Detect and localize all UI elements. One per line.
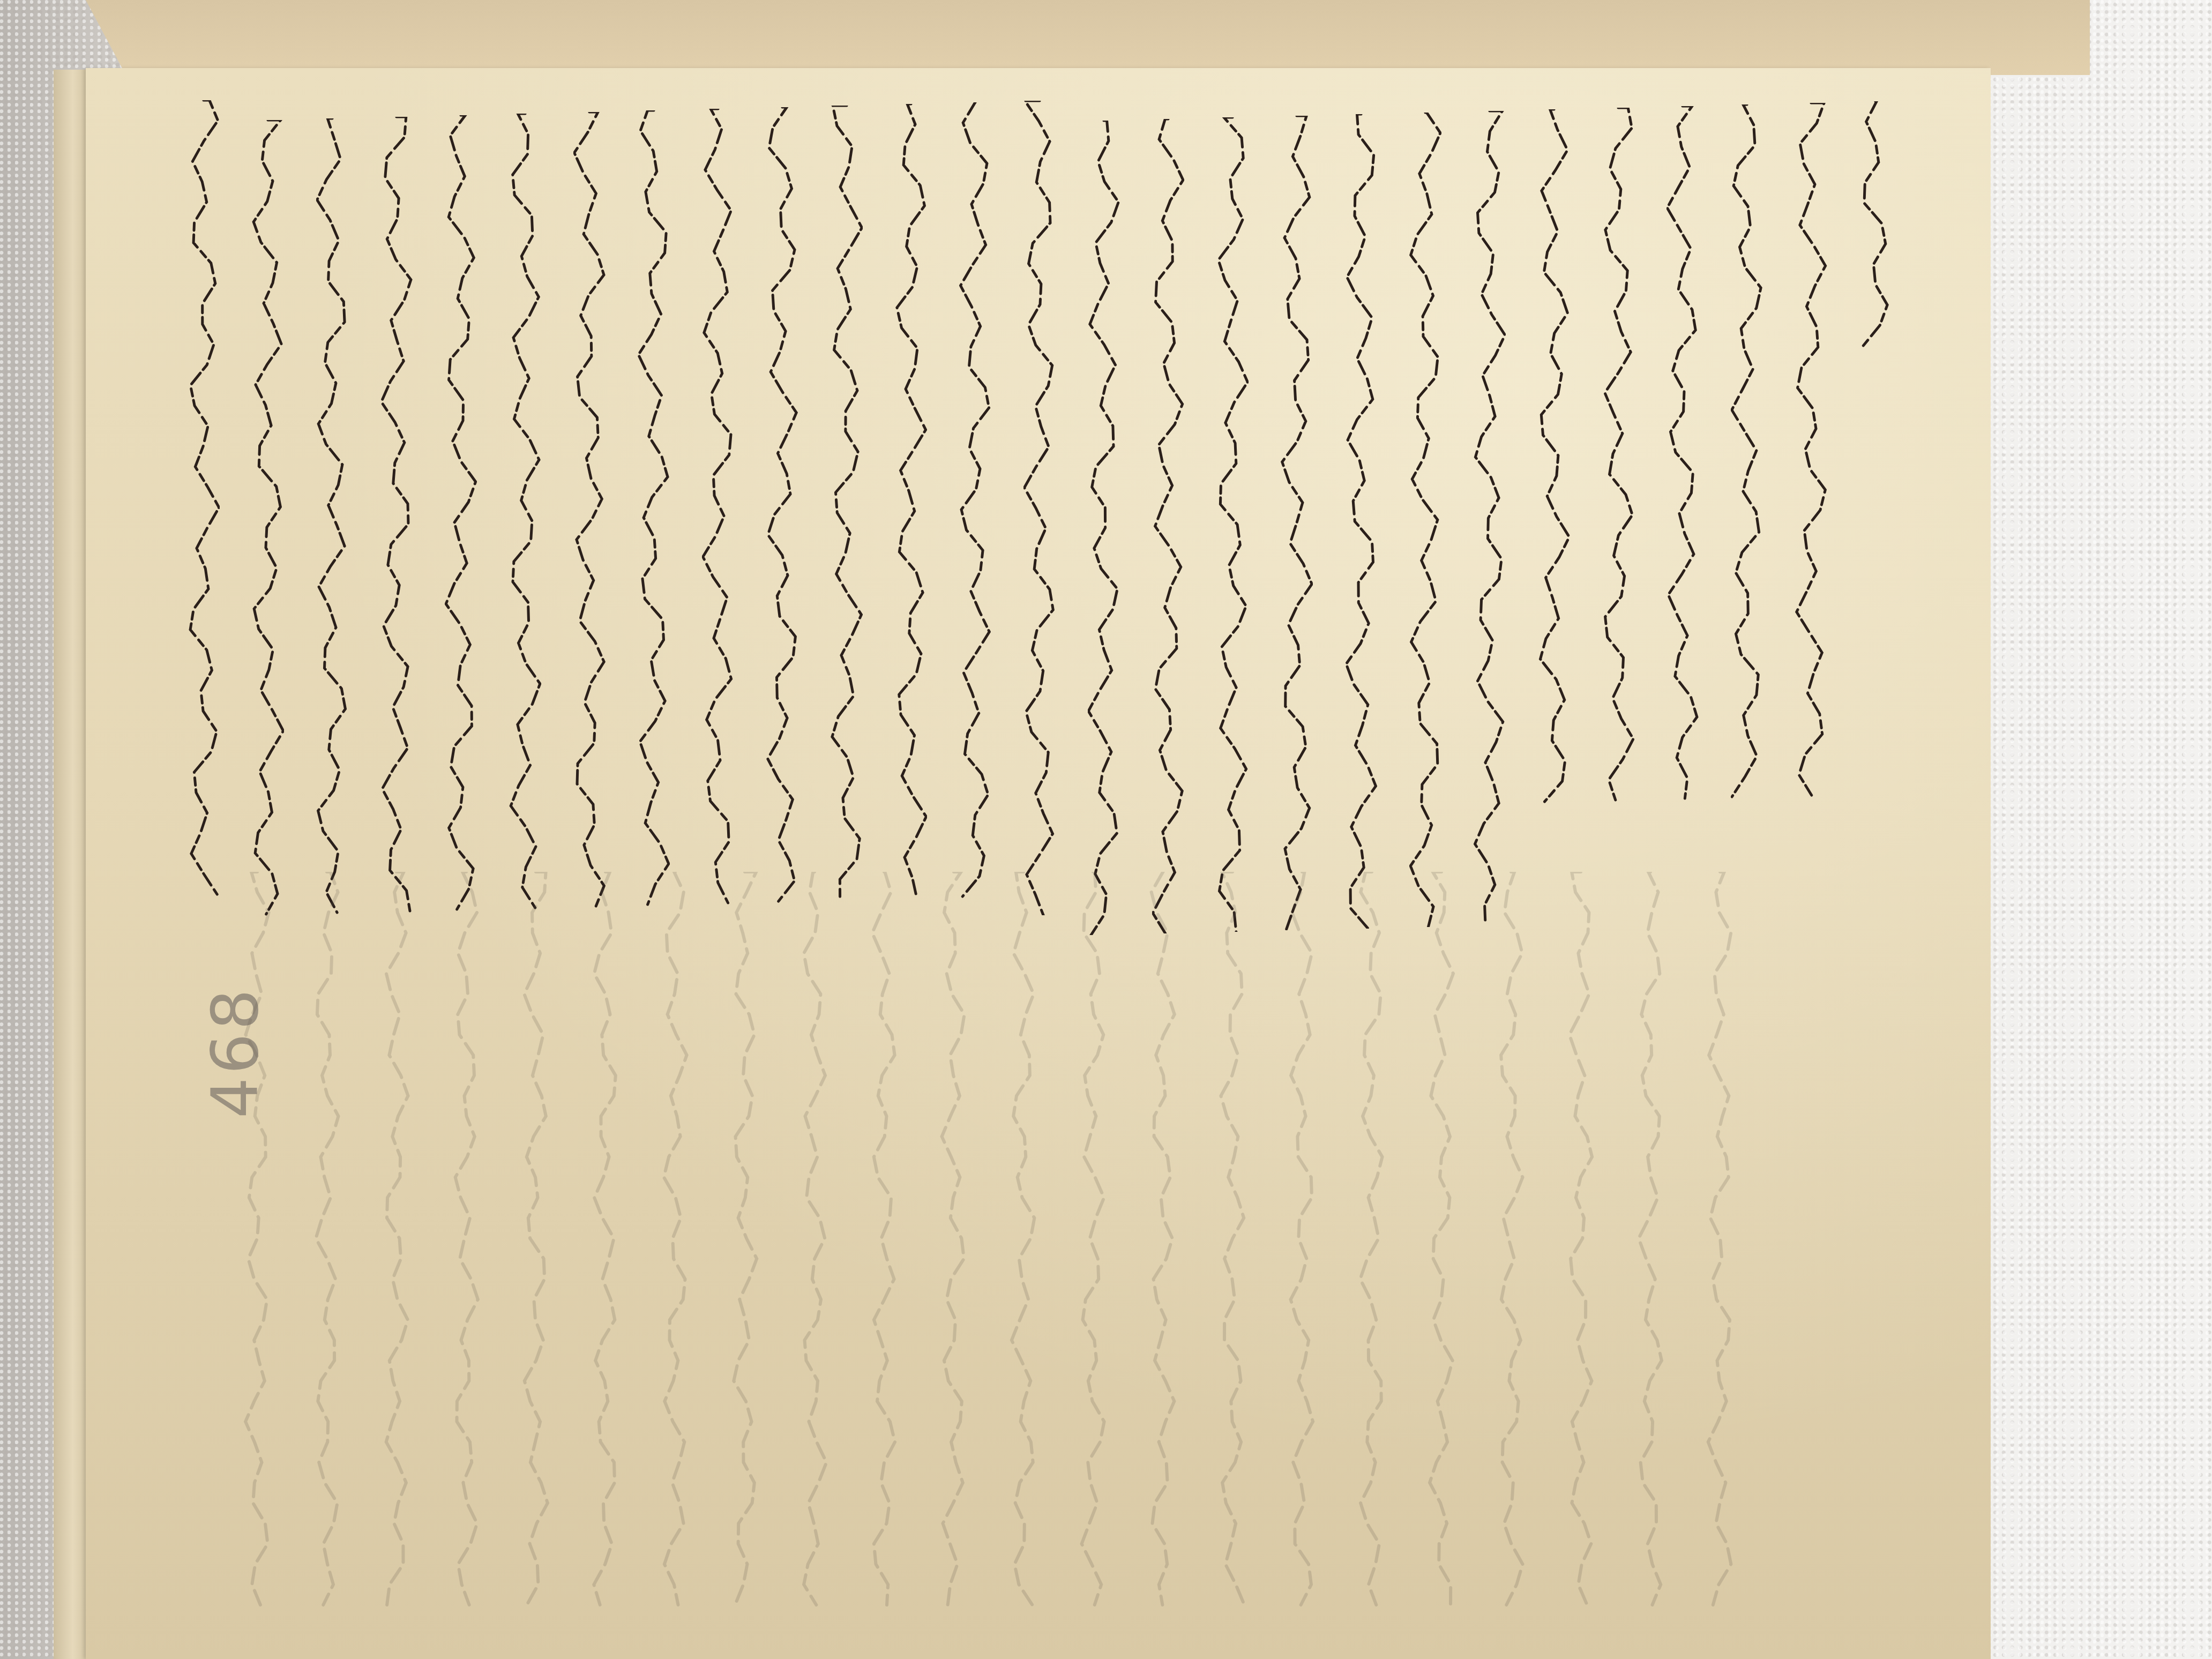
handwritten-line <box>1216 117 1249 932</box>
show-through-line <box>1704 872 1736 1622</box>
show-through-line <box>1565 872 1597 1622</box>
show-through-line <box>1425 872 1458 1622</box>
show-through-line <box>868 872 900 1622</box>
handwritten-line <box>509 114 541 917</box>
underlying-sheet <box>86 0 2090 75</box>
handwritten-line <box>638 110 670 914</box>
show-through-line <box>1216 872 1249 1622</box>
page-stack-edge <box>54 70 86 1659</box>
handwritten-line <box>1667 106 1699 813</box>
handwritten-line <box>1859 101 1892 358</box>
show-through-line <box>1077 872 1109 1622</box>
show-through-line <box>1007 872 1040 1622</box>
show-through-line <box>1147 872 1179 1622</box>
handwritten-line <box>316 118 348 922</box>
handwritten-line <box>831 106 863 909</box>
show-through-line <box>450 872 482 1622</box>
manuscript-page: 468 <box>86 68 1991 1659</box>
handwritten-line <box>1345 114 1377 929</box>
handwriting-area <box>86 68 1991 1659</box>
handwritten-line <box>959 102 991 906</box>
handwritten-line <box>895 104 927 908</box>
show-through-line <box>1356 872 1388 1622</box>
handwritten-line <box>252 120 284 924</box>
handwritten-line <box>1795 103 1827 810</box>
handwritten-line <box>1538 109 1570 817</box>
show-through-line <box>520 872 552 1622</box>
show-through-line <box>589 872 622 1622</box>
handwritten-line <box>1281 116 1313 930</box>
handwritten-line <box>1023 101 1056 915</box>
show-through-line <box>798 872 831 1622</box>
show-through-line <box>1495 872 1527 1622</box>
show-through-line <box>241 872 273 1622</box>
show-through-line <box>1634 872 1667 1622</box>
handwritten-line <box>1409 113 1441 927</box>
show-through-line <box>1286 872 1318 1622</box>
handwritten-line <box>445 115 477 919</box>
handwritten-line <box>573 112 606 916</box>
handwritten-line <box>1088 121 1120 935</box>
show-through-line <box>938 872 970 1622</box>
show-through-line <box>659 872 691 1622</box>
handwritten-line <box>1152 119 1184 933</box>
handwritten-line <box>188 100 220 904</box>
handwritten-line <box>1602 108 1634 815</box>
show-through-line <box>311 872 343 1622</box>
handwritten-line <box>702 109 734 913</box>
show-through-line <box>380 872 413 1622</box>
handwritten-line <box>766 107 798 911</box>
handwritten-line <box>380 117 413 921</box>
handwritten-line <box>1731 104 1763 812</box>
show-through-line <box>729 872 761 1622</box>
handwritten-line <box>1474 111 1506 925</box>
